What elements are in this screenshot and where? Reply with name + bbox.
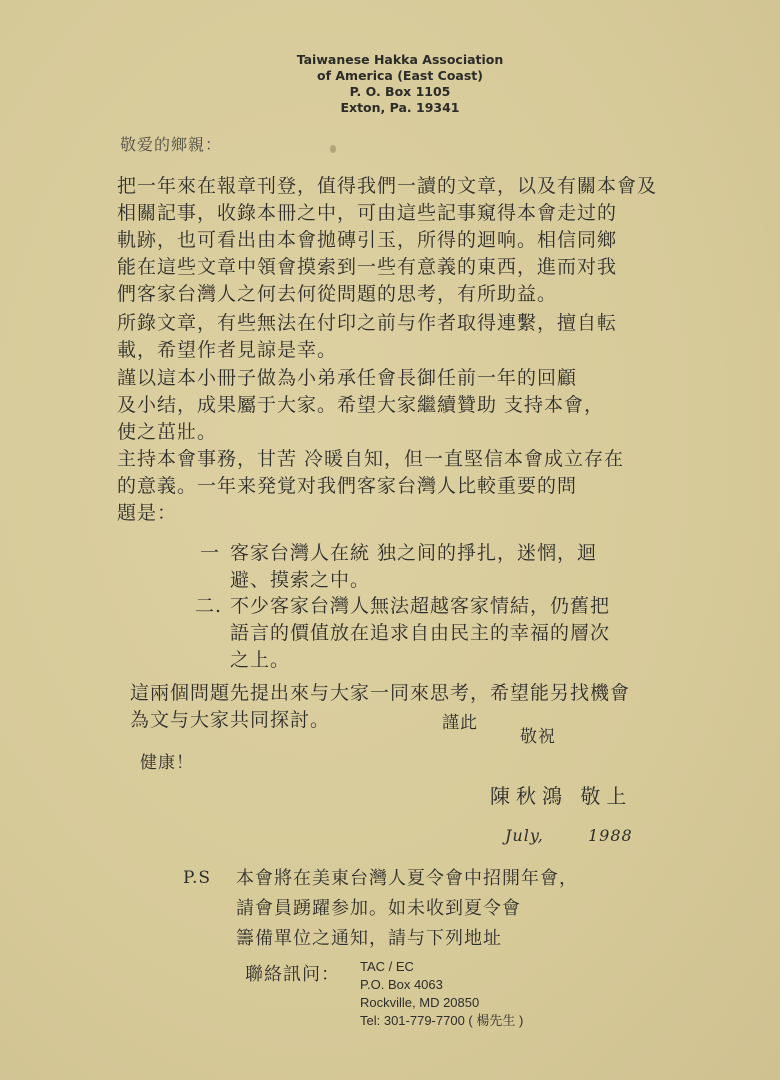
address-phone: Tel: 301-779-7700 ( 楊先生 ) [360, 1012, 523, 1030]
ps-text: 本會將在美東台灣人夏令會中招開年會， 請會員踴躍参加。如未收到夏令會 籌備單位之… [236, 864, 578, 954]
body-line: 的意義。一年来発覚对我們客家台灣人比較重要的問 [117, 473, 624, 500]
ps-label: P.S [183, 868, 211, 888]
list-item-2: 不少客家台灣人無法超越客家情結，仍舊把 語言的價值放在追求自由民主的幸福的層次 … [230, 593, 610, 674]
body-line: 相關記事，收錄本冊之中，可由這些記事窺得本會走过的 [117, 200, 657, 227]
address-city: Rockville, MD 20850 [360, 994, 523, 1012]
date-year: 1988 [588, 826, 633, 845]
contact-address: TAC / EC P.O. Box 4063 Rockville, MD 208… [360, 958, 523, 1030]
ps-line: 請會員踴躍参加。如未收到夏令會 [236, 894, 578, 924]
letterhead-po-box: P. O. Box 1105 [20, 84, 780, 100]
closing-jinci: 謹此 [442, 708, 478, 733]
body-line: 軌跡，也可看出由本會拋磚引玉，所得的迴响。相信同鄉 [117, 227, 657, 254]
list-item-1: 客家台灣人在統 独之间的掙扎，迷惘，迴 避、摸索之中。 [230, 540, 597, 594]
body-line: 及小结，成果屬于大家。希望大家繼續贊助 支持本會， [117, 392, 604, 419]
list-item-1-marker: 一 [200, 540, 220, 567]
body-line: 使之茁壯。 [117, 419, 604, 446]
salutation: 敬爱的鄉親： [120, 132, 222, 155]
address-org: TAC / EC [360, 958, 523, 976]
body-line: 這兩個問題先提出來与大家一同來思考，希望能另找機會 [130, 680, 630, 707]
signature: 陳秋鴻 敬上 [490, 780, 632, 809]
list-item-line: 客家台灣人在統 独之间的掙扎，迷惘，迴 [230, 540, 597, 567]
closing-wish: 健康！ [140, 748, 194, 773]
paper-stain [330, 145, 336, 153]
list-item-line: 語言的價值放在追求自由民主的幸福的層次 [230, 620, 610, 647]
ps-line: 本會將在美東台灣人夏令會中招開年會， [236, 864, 578, 894]
body-line: 能在這些文章中領會摸索到一些有意義的東西，進而对我 [117, 254, 657, 281]
list-item-line: 之上。 [230, 647, 610, 674]
body-line: 主持本會事務，甘苦 冷暖自知，但一直堅信本會成立存在 [117, 446, 624, 473]
body-line: 謹以這本小冊子做為小弟承任會長御任前一年的回顧 [117, 365, 604, 392]
body-line: 們客家台灣人之何去何從問題的思考，有所助益。 [117, 281, 657, 308]
paragraph-3: 謹以這本小冊子做為小弟承任會長御任前一年的回顧 及小结，成果屬于大家。希望大家繼… [117, 365, 604, 446]
body-line: 題是： [117, 500, 624, 527]
letterhead-city: Exton, Pa. 19341 [20, 100, 780, 116]
paragraph-2: 所錄文章，有些無法在付印之前与作者取得連繫，擅自転 載，希望作者見諒是幸。 [117, 310, 617, 364]
paragraph-4: 主持本會事務，甘苦 冷暖自知，但一直堅信本會成立存在 的意義。一年来発覚对我們客… [117, 446, 624, 527]
closing-jingzhu: 敬祝 [520, 722, 556, 747]
body-line: 所錄文章，有些無法在付印之前与作者取得連繫，擅自転 [117, 310, 617, 337]
body-line: 把一年來在報章刊登，值得我們一讀的文章，以及有關本會及 [117, 173, 657, 200]
list-item-line: 避、摸索之中。 [230, 567, 597, 594]
date-month: July, [505, 826, 544, 845]
letterhead: Taiwanese Hakka Association of America (… [0, 52, 780, 116]
address-po-box: P.O. Box 4063 [360, 976, 523, 994]
body-line: 載，希望作者見諒是幸。 [117, 337, 617, 364]
paragraph-1: 把一年來在報章刊登，值得我們一讀的文章，以及有關本會及 相關記事，收錄本冊之中，… [117, 173, 657, 308]
list-item-line: 不少客家台灣人無法超越客家情結，仍舊把 [230, 593, 610, 620]
letterhead-org-name: Taiwanese Hakka Association [20, 52, 780, 68]
letterhead-region: of America (East Coast) [20, 68, 780, 84]
ps-line: 籌備單位之通知，請与下列地址 [236, 924, 578, 954]
list-item-2-marker: 二. [195, 593, 222, 620]
contact-label: 聯絡訊问： [245, 960, 340, 986]
